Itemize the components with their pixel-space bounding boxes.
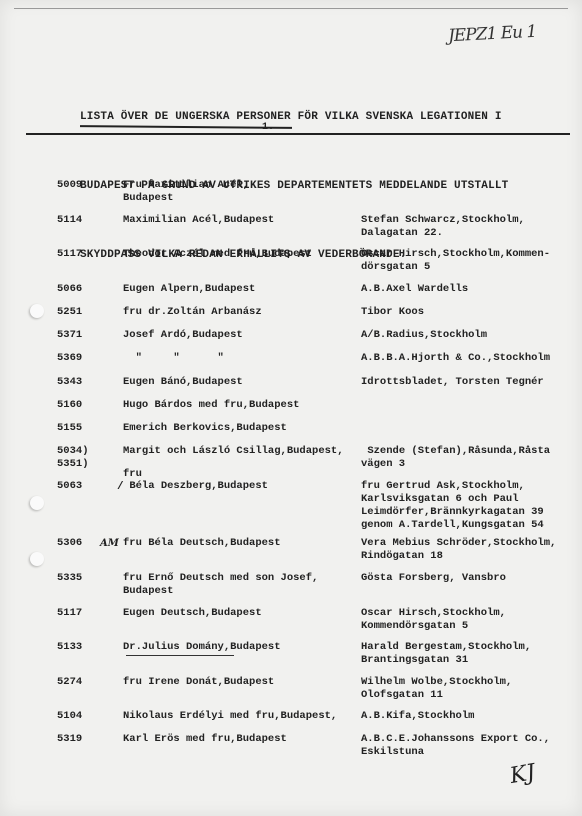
handwritten-signature: KJ	[508, 760, 537, 789]
entry-number: 5160	[57, 399, 82, 412]
entry-name: " " "	[123, 352, 358, 365]
entry-contact: Oscar Hirsch,Stockholm,Kommen- dörsgatan…	[361, 248, 576, 274]
punch-hole	[30, 552, 44, 566]
entry-name: fru Irene Donát,Budapest	[123, 676, 358, 689]
entry-name: Maximilian Acél,Budapest	[123, 214, 358, 227]
handwritten-reference: JEPZ1 Eu 1	[448, 22, 537, 47]
entry-number: 5343	[57, 376, 82, 389]
entry-name: fru dr.Zoltán Arbanász	[123, 306, 358, 319]
entry-contact: Harald Bergestam,Stockholm, Brantingsgat…	[361, 641, 576, 667]
entry-contact: Idrottsbladet, Torsten Tegnér	[361, 376, 576, 389]
entry-number: 5009	[57, 179, 82, 192]
handwritten-underline	[126, 655, 234, 656]
entry-contact: A.B.C.E.Johanssons Export Co., Eskilstun…	[361, 733, 576, 759]
entry-name: fru Béla Deutsch,Budapest	[123, 537, 358, 550]
entry-name: Nikolaus Erdélyi med fru,Budapest,	[123, 710, 358, 723]
document-page: JEPZ1 Eu 1 LISTA ÖVER DE UNGERSKA PERSON…	[0, 0, 582, 816]
entry-name: Hugo Bárdos med fru,Budapest	[123, 399, 358, 412]
entry-number: 5155	[57, 422, 82, 435]
entry-number: 5117	[57, 607, 82, 620]
entry-name: Eugen Deutsch,Budapest	[123, 607, 358, 620]
entry-contact: Stefan Schwarcz,Stockholm, Dalagatan 22.	[361, 214, 576, 240]
entry-number: 5104	[57, 710, 82, 723]
entry-number: 5133	[57, 641, 82, 654]
entry-name: Béla Deszberg,Budapest	[123, 480, 358, 493]
entry-name: Margit och László Csillag,Budapest,	[123, 445, 358, 458]
punch-hole	[30, 304, 44, 318]
heading-rule	[26, 133, 570, 135]
entry-number: 5063	[57, 480, 82, 493]
entry-number: 5371	[57, 329, 82, 342]
entry-number: 5066	[57, 283, 82, 296]
punch-hole	[30, 496, 44, 510]
entry-contact: A.B.Axel Wardells	[361, 283, 576, 296]
page-number: 1.	[262, 122, 274, 133]
entry-number: 5369	[57, 352, 82, 365]
entry-contact: Szende (Stefan),Råsunda,Råsta vägen 3	[361, 445, 576, 471]
entry-contact: Vera Mebius Schröder,Stockholm, Rindögat…	[361, 537, 576, 563]
entry-contact: A.B.B.A.Hjorth & Co.,Stockholm	[361, 352, 576, 365]
entry-number: 5274	[57, 676, 82, 689]
entry-number: 5306	[57, 537, 82, 550]
handwritten-margin-mark: AM	[100, 537, 119, 550]
entry-contact: Wilhelm Wolbe,Stockholm, Olofsgatan 11	[361, 676, 576, 702]
entry-number: 5117	[57, 248, 82, 261]
entry-contact: Oscar Hirsch,Stockholm, Kommendörsgatan …	[361, 607, 576, 633]
entry-number: 5114	[57, 214, 82, 227]
entry-name: Fru Maximilian Acél, Budapest	[123, 179, 358, 205]
entry-name: fru Ernő Deutsch med son Josef, Budapest	[123, 572, 358, 598]
entry-number: 5251	[57, 306, 82, 319]
page-top-edge	[14, 8, 568, 9]
entry-name: Emerich Berkovics,Budapest	[123, 422, 358, 435]
entry-contact: Tibor Koos	[361, 306, 576, 319]
entry-contact: Gösta Forsberg, Vansbro	[361, 572, 576, 585]
entry-name: Eugen Bánó,Budapest	[123, 376, 358, 389]
entry-name: Karl Erös med fru,Budapest	[123, 733, 358, 746]
entry-name: Theodor Aczél med fru,Budapest	[123, 248, 358, 261]
entry-name: Josef Ardó,Budapest	[123, 329, 358, 342]
entry-name: Eugen Alpern,Budapest	[123, 283, 358, 296]
entry-number: 5335	[57, 572, 82, 585]
entry-name: Dr.Julius Domány,Budapest	[123, 641, 358, 654]
entry-number: 5319	[57, 733, 82, 746]
entry-contact: fru Gertrud Ask,Stockholm, Karlsviksgata…	[361, 480, 576, 532]
entry-contact: A/B.Radius,Stockholm	[361, 329, 576, 342]
entry-contact: A.B.Kifa,Stockholm	[361, 710, 576, 723]
entry-number: 5034) 5351)	[57, 445, 89, 471]
